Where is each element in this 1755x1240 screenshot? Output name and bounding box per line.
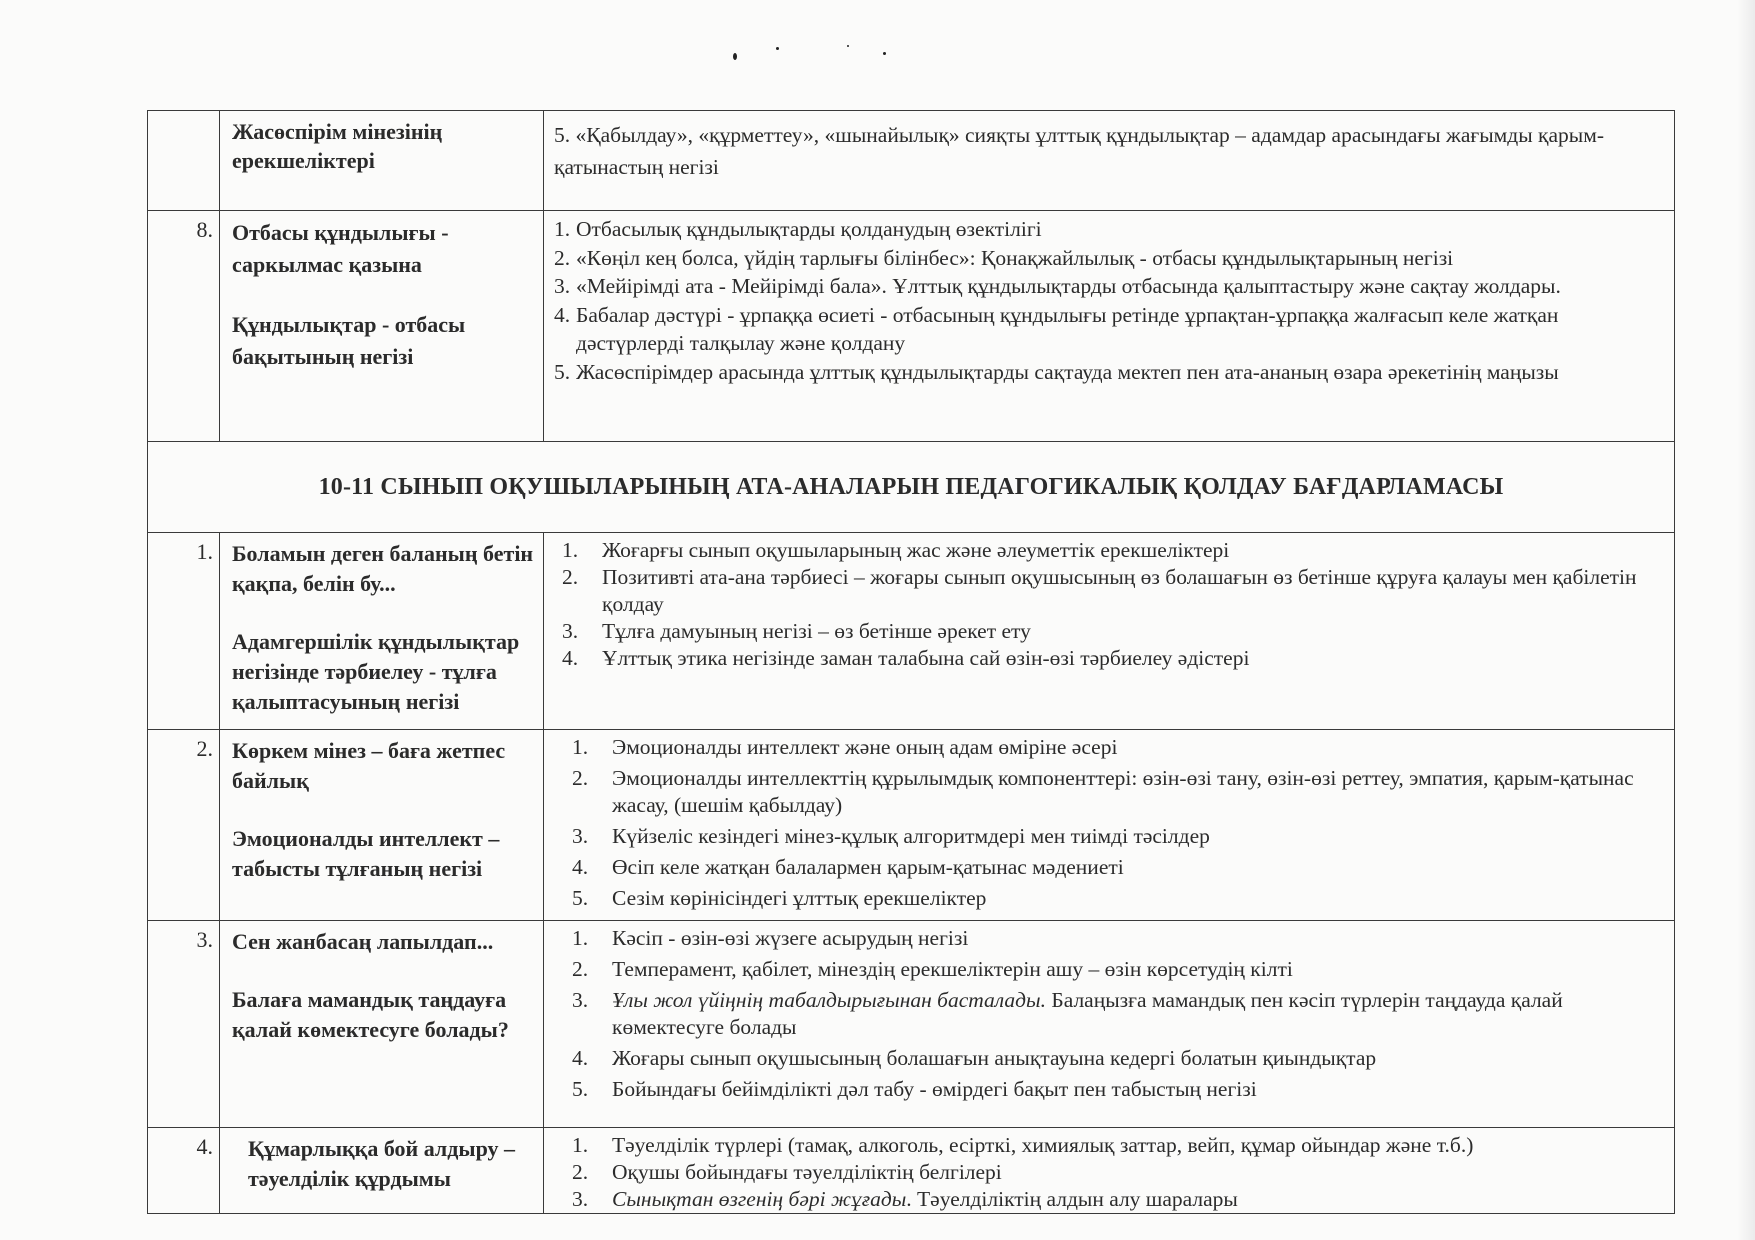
list-item: 5. Бойындағы бейімділікті дәл табу - өмі… bbox=[572, 1076, 1666, 1103]
table-row: 8. Отбасы құндылығы - саркылмас қазына Қ… bbox=[148, 211, 1675, 442]
list-item: 2. Позитивті ата-ана тәрбиесі – жоғары с… bbox=[562, 564, 1666, 618]
topic-cell: Көркем мінез – баға жетпес байлық Эмоцио… bbox=[220, 730, 544, 921]
list-item-number: 4. bbox=[572, 854, 612, 881]
scan-edge-shadow bbox=[1737, 0, 1755, 1240]
topic-cell: Жасөспірім мінезінің ерекшеліктері bbox=[220, 111, 544, 211]
topic-list: 1. Отбасылық құндылықтарды қолданудың өз… bbox=[554, 215, 1666, 386]
row-number: 1. bbox=[148, 533, 220, 730]
table-row: 2. Көркем мінез – баға жетпес байлық Эмо… bbox=[148, 730, 1675, 921]
scan-speck bbox=[883, 52, 886, 55]
list-item: 3. «Мейірімді ата - Мейірімді бала». Ұлт… bbox=[554, 272, 1666, 301]
topic-cell: Боламын деген баланың бетін қақпа, белін… bbox=[220, 533, 544, 730]
list-item-number: 2. bbox=[572, 765, 612, 819]
list-item-number: 3. bbox=[562, 618, 602, 645]
list-item-text: Оқушы бойындағы тәуелділіктің белгілері bbox=[612, 1159, 1002, 1186]
content-cell: 1. Жоғарғы сынып оқушыларының жас және ә… bbox=[544, 533, 1675, 730]
section-title: 10-11 СЫНЫП ОҚУШЫЛАРЫНЫҢ АТА-АНАЛАРЫН ПЕ… bbox=[148, 442, 1675, 533]
list-item: 1. Отбасылық құндылықтарды қолданудың өз… bbox=[554, 215, 1666, 244]
row-number: 2. bbox=[148, 730, 220, 921]
table-row: 1. Боламын деген баланың бетін қақпа, бе… bbox=[148, 533, 1675, 730]
topic-subtitle: Құндылықтар - отбасы бақытының негізі bbox=[232, 309, 535, 373]
list-item-text: Ұлы жол үйіңнің табалдырығынан басталады… bbox=[612, 987, 1666, 1041]
topic-list: 1. Жоғарғы сынып оқушыларының жас және ә… bbox=[562, 537, 1666, 672]
topic-cell: Құмарлыққа бой алдыру – тәуелділік құрды… bbox=[220, 1128, 544, 1214]
list-item-text: Ұлттық этика негізінде заман талабына са… bbox=[602, 645, 1249, 672]
row-number: 3. bbox=[148, 921, 220, 1128]
topic-title: Боламын деген баланың бетін қақпа, белін… bbox=[232, 539, 535, 599]
list-item: 4. Өсіп келе жатқан балалармен қарым-қат… bbox=[572, 854, 1666, 881]
list-item-text: Темперамент, қабілет, мінездің ерекшелік… bbox=[612, 956, 1293, 983]
table-row: 4. Құмарлыққа бой алдыру – тәуелділік құ… bbox=[148, 1128, 1675, 1214]
list-item: 1. Тәуелділік түрлері (тамақ, алкоголь, … bbox=[572, 1132, 1666, 1159]
list-item: 2. «Көңіл кең болса, үйдің тарлығы білін… bbox=[554, 244, 1666, 273]
list-item: 3. Ұлы жол үйіңнің табалдырығынан бастал… bbox=[572, 987, 1666, 1041]
table-row: 3. Сен жанбасаң лапылдап... Балаға маман… bbox=[148, 921, 1675, 1128]
list-item: 5. Сезім көрінісіндегі ұлттық ерекшелікт… bbox=[572, 885, 1666, 912]
list-item: 2. Темперамент, қабілет, мінездің ерекше… bbox=[572, 956, 1666, 983]
list-item-text: «Қабылдау», «құрметтеу», «шынайылық» сия… bbox=[554, 123, 1604, 179]
list-item-text: Сезім көрінісіндегі ұлттық ерекшеліктер bbox=[612, 885, 986, 912]
list-item-text: Отбасылық құндылықтарды қолданудың өзект… bbox=[576, 215, 1042, 244]
list-item-text: Эмоционалды интеллект және оның адам өмі… bbox=[612, 734, 1117, 761]
content-cell: 1. Эмоционалды интеллект және оның адам … bbox=[544, 730, 1675, 921]
list-item-number: 4. bbox=[572, 1045, 612, 1072]
list-item-number: 5. bbox=[572, 1076, 612, 1103]
scan-speck bbox=[733, 53, 737, 60]
list-item-number: 3. bbox=[554, 272, 576, 301]
list-item: 2. Эмоционалды интеллекттің құрылымдық к… bbox=[572, 765, 1666, 819]
list-item-text: Жоғарғы сынып оқушыларының жас және әлеу… bbox=[602, 537, 1229, 564]
topic-line: Жасөспірім мінезінің bbox=[232, 117, 535, 146]
list-item-text: Жоғары сынып оқушысының болашағын анықта… bbox=[612, 1045, 1376, 1072]
topic-subtitle: Эмоционалды интеллект – табысты тұлғаның… bbox=[232, 824, 535, 884]
scan-speck bbox=[847, 45, 849, 47]
list-item-text: Сынықтан өзгенің бәрі жұғады. Тәуелділік… bbox=[612, 1186, 1238, 1213]
list-item-number: 3. bbox=[572, 823, 612, 850]
list-item: 4. Ұлттық этика негізінде заман талабына… bbox=[562, 645, 1666, 672]
list-item-number: 3. bbox=[572, 1186, 612, 1213]
list-item-text: Эмоционалды интеллекттің құрылымдық комп… bbox=[612, 765, 1666, 819]
list-item-number: 5. bbox=[572, 885, 612, 912]
list-item: 4. Бабалар дәстүрі - ұрпаққа өсиеті - от… bbox=[554, 301, 1666, 358]
list-item: 3. Сынықтан өзгенің бәрі жұғады. Тәуелді… bbox=[572, 1186, 1666, 1213]
row-number: 4. bbox=[148, 1128, 220, 1214]
list-item-number: 5. bbox=[554, 358, 576, 387]
content-cell: 1. Кәсіп - өзін-өзі жүзеге асырудың негі… bbox=[544, 921, 1675, 1128]
list-item-text: Жасөспірімдер арасында ұлттық құндылықта… bbox=[576, 358, 1559, 387]
topic-cell: Отбасы құндылығы - саркылмас қазына Құнд… bbox=[220, 211, 544, 442]
list-item-text: Бойындағы бейімділікті дәл табу - өмірде… bbox=[612, 1076, 1257, 1103]
list-item-text: Кәсіп - өзін-өзі жүзеге асырудың негізі bbox=[612, 925, 968, 952]
list-item: 3. Күйзеліс кезіндегі мінез-құлық алгори… bbox=[572, 823, 1666, 850]
topic-subtitle: Балаға мамандық таңдауға қалай көмектесу… bbox=[232, 985, 535, 1045]
list-item-number: 5. bbox=[554, 123, 570, 147]
topic-cell: Сен жанбасаң лапылдап... Балаға мамандық… bbox=[220, 921, 544, 1128]
list-item-number: 3. bbox=[572, 987, 612, 1041]
list-item-text: Бабалар дәстүрі - ұрпаққа өсиеті - отбас… bbox=[576, 301, 1666, 358]
topic-line: ерекшеліктері bbox=[232, 146, 535, 175]
topic-title: Сен жанбасаң лапылдап... bbox=[232, 927, 535, 957]
list-item: 5. Жасөспірімдер арасында ұлттық құндылы… bbox=[554, 358, 1666, 387]
scan-speck bbox=[776, 47, 779, 50]
content-cell: 1. Отбасылық құндылықтарды қолданудың өз… bbox=[544, 211, 1675, 442]
row-number bbox=[148, 111, 220, 211]
table-row: Жасөспірім мінезінің ерекшеліктері 5. «Қ… bbox=[148, 111, 1675, 211]
list-item: 1. Жоғарғы сынып оқушыларының жас және ә… bbox=[562, 537, 1666, 564]
topic-list: 1. Эмоционалды интеллект және оның адам … bbox=[572, 734, 1666, 912]
list-item-number: 1. bbox=[554, 215, 576, 244]
section-title-row: 10-11 СЫНЫП ОҚУШЫЛАРЫНЫҢ АТА-АНАЛАРЫН ПЕ… bbox=[148, 442, 1675, 533]
topic-list: 1. Кәсіп - өзін-өзі жүзеге асырудың негі… bbox=[572, 925, 1666, 1103]
topic-list: 1. Тәуелділік түрлері (тамақ, алкоголь, … bbox=[572, 1132, 1666, 1213]
topic-title: Көркем мінез – баға жетпес байлық bbox=[232, 736, 535, 796]
list-item: 1. Эмоционалды интеллект және оның адам … bbox=[572, 734, 1666, 761]
list-item-text: Күйзеліс кезіндегі мінез-құлық алгоритмд… bbox=[612, 823, 1210, 850]
list-item-number: 2. bbox=[572, 956, 612, 983]
content-cell: 1. Тәуелділік түрлері (тамақ, алкоголь, … bbox=[544, 1128, 1675, 1214]
list-item-number: 1. bbox=[572, 1132, 612, 1159]
list-item-number: 1. bbox=[572, 925, 612, 952]
list-item-number: 2. bbox=[554, 244, 576, 273]
list-item-number: 2. bbox=[572, 1159, 612, 1186]
list-item: 2. Оқушы бойындағы тәуелділіктің белгіле… bbox=[572, 1159, 1666, 1186]
list-item-text: «Мейірімді ата - Мейірімді бала». Ұлттық… bbox=[576, 272, 1561, 301]
list-item-number: 4. bbox=[554, 301, 576, 358]
content-cell: 5. «Қабылдау», «құрметтеу», «шынайылық» … bbox=[544, 111, 1675, 211]
list-item: 1. Кәсіп - өзін-өзі жүзеге асырудың негі… bbox=[572, 925, 1666, 952]
list-item-text: Өсіп келе жатқан балалармен қарым-қатына… bbox=[612, 854, 1124, 881]
list-item-number: 1. bbox=[572, 734, 612, 761]
list-item-number: 2. bbox=[562, 564, 602, 618]
list-item-number: 1. bbox=[562, 537, 602, 564]
topic-title: Отбасы құндылығы - саркылмас қазына bbox=[232, 217, 535, 281]
list-item: 4. Жоғары сынып оқушысының болашағын аны… bbox=[572, 1045, 1666, 1072]
list-item-text: Тәуелділік түрлері (тамақ, алкоголь, есі… bbox=[612, 1132, 1473, 1159]
row-number: 8. bbox=[148, 211, 220, 442]
list-item-text: «Көңіл кең болса, үйдің тарлығы білінбес… bbox=[576, 244, 1453, 273]
program-table: Жасөспірім мінезінің ерекшеліктері 5. «Қ… bbox=[147, 110, 1675, 1214]
list-item: 3. Тұлға дамуының негізі – өз бетінше әр… bbox=[562, 618, 1666, 645]
list-item-text: Тұлға дамуының негізі – өз бетінше әреке… bbox=[602, 618, 1031, 645]
topic-title: Құмарлыққа бой алдыру – тәуелділік құрды… bbox=[248, 1134, 535, 1194]
list-item-number: 4. bbox=[562, 645, 602, 672]
topic-subtitle: Адамгершілік құндылықтар негізінде тәрби… bbox=[232, 627, 535, 717]
list-item-text: Позитивті ата-ана тәрбиесі – жоғары сыны… bbox=[602, 564, 1666, 618]
